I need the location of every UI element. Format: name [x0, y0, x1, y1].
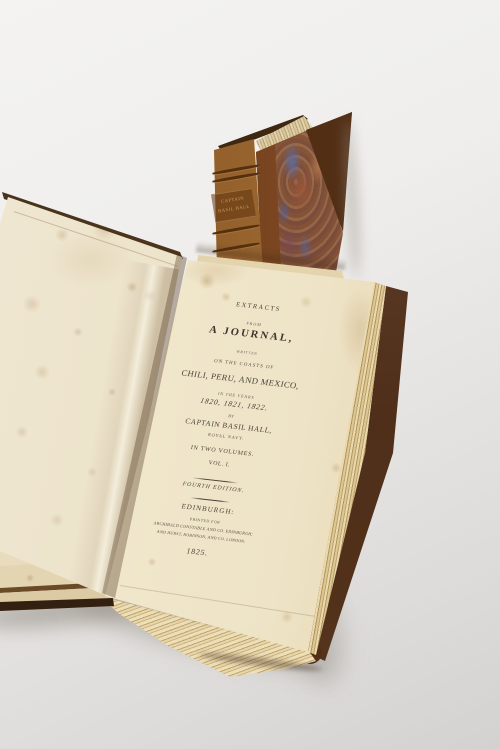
- left-page-edge-line: [14, 211, 177, 267]
- photo-of-antique-books: { "scene": { "description": "Photograph …: [0, 0, 500, 749]
- swelled-rule-bottom: [190, 497, 230, 503]
- spine-label-line-2: BASIL HALL: [213, 203, 254, 214]
